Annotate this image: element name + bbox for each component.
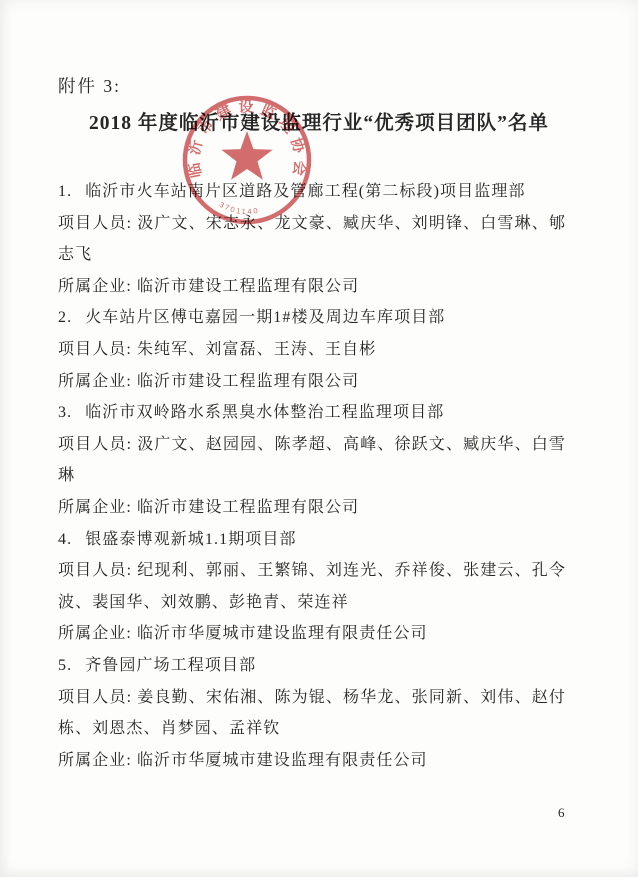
members-label: 项目人员: bbox=[58, 341, 132, 358]
members-line: 项目人员:汲广文、赵园园、陈孝超、高峰、徐跃文、臧庆华、白雪琳 bbox=[58, 429, 566, 492]
members-list: 纪现利、郭丽、王繁锦、刘连光、乔祥俊、张建云、孔令波、裴国华、刘效鹏、彭艳青、荣… bbox=[58, 562, 566, 611]
company-label: 所属企业: bbox=[58, 625, 132, 642]
members-line: 项目人员:朱纯军、刘富磊、王涛、王自彬 bbox=[58, 334, 566, 366]
company-name: 临沂市建设工程监理有限公司 bbox=[137, 499, 359, 516]
company-label: 所属企业: bbox=[58, 278, 132, 295]
members-line: 项目人员:汲广文、宋志永、龙文豪、臧庆华、刘明锋、白雪琳、郇志飞 bbox=[58, 208, 566, 271]
section-title: 临沂市双岭路水系黑臭水体整治工程监理项目部 bbox=[85, 404, 444, 421]
section-title: 齐鲁园广场工程项目部 bbox=[85, 657, 256, 674]
team-section: 1.临沂市火车站南片区道路及管廊工程(第二标段)项目监理部 项目人员:汲广文、宋… bbox=[58, 176, 566, 302]
section-title-line: 1.临沂市火车站南片区道路及管廊工程(第二标段)项目监理部 bbox=[58, 176, 566, 208]
company-name: 临沂市建设工程监理有限公司 bbox=[137, 278, 359, 295]
members-line: 项目人员:姜良勤、宋佑湘、陈为锟、杨华龙、张同新、刘伟、赵付栋、刘恩杰、肖梦园、… bbox=[58, 682, 566, 745]
members-label: 项目人员: bbox=[58, 562, 132, 579]
team-section: 2.火车站片区傅屯嘉园一期1#楼及周边车库项目部 项目人员:朱纯军、刘富磊、王涛… bbox=[58, 302, 566, 397]
section-title: 火车站片区傅屯嘉园一期1#楼及周边车库项目部 bbox=[85, 309, 445, 326]
company-line: 所属企业:临沂市建设工程监理有限公司 bbox=[58, 492, 566, 524]
company-line: 所属企业:临沂市建设工程监理有限公司 bbox=[58, 366, 566, 398]
section-title: 临沂市火车站南片区道路及管廊工程(第二标段)项目监理部 bbox=[85, 183, 525, 200]
company-line: 所属企业:临沂市华厦城市建设监理有限责任公司 bbox=[58, 745, 566, 777]
members-line: 项目人员:纪现利、郭丽、王繁锦、刘连光、乔祥俊、张建云、孔令波、裴国华、刘效鹏、… bbox=[58, 555, 566, 618]
company-label: 所属企业: bbox=[58, 499, 132, 516]
seal-star-icon bbox=[221, 131, 272, 180]
section-title-line: 2.火车站片区傅屯嘉园一期1#楼及周边车库项目部 bbox=[58, 302, 566, 334]
section-title-line: 3.临沂市双岭路水系黑臭水体整治工程监理项目部 bbox=[58, 397, 566, 429]
members-label: 项目人员: bbox=[58, 436, 132, 453]
attachment-label: 附件 3: bbox=[58, 73, 121, 98]
company-label: 所属企业: bbox=[58, 373, 132, 390]
company-line: 所属企业:临沂市建设工程监理有限公司 bbox=[58, 271, 566, 303]
team-section: 5.齐鲁园广场工程项目部 项目人员:姜良勤、宋佑湘、陈为锟、杨华龙、张同新、刘伟… bbox=[58, 650, 566, 776]
section-title: 银盛泰博观新城1.1期项目部 bbox=[85, 531, 296, 548]
company-name: 临沂市华厦城市建设监理有限责任公司 bbox=[137, 625, 428, 642]
section-number: 1. bbox=[58, 183, 72, 200]
members-list: 姜良勤、宋佑湘、陈为锟、杨华龙、张同新、刘伟、赵付栋、刘恩杰、肖梦园、孟祥钦 bbox=[58, 689, 566, 738]
members-list: 汲广文、赵园园、陈孝超、高峰、徐跃文、臧庆华、白雪琳 bbox=[58, 436, 566, 485]
page-title: 2018 年度临沂市建设监理行业“优秀项目团队”名单 bbox=[0, 107, 638, 135]
team-section: 4.银盛泰博观新城1.1期项目部 项目人员:纪现利、郭丽、王繁锦、刘连光、乔祥俊… bbox=[58, 524, 566, 650]
document-page: 附件 3: 2018 年度临沂市建设监理行业“优秀项目团队”名单 1.临沂市火车… bbox=[0, 0, 638, 877]
section-number: 4. bbox=[58, 531, 72, 548]
section-number: 5. bbox=[58, 657, 72, 674]
page-number: 6 bbox=[558, 805, 565, 821]
company-line: 所属企业:临沂市华厦城市建设监理有限责任公司 bbox=[58, 618, 566, 650]
team-section: 3.临沂市双岭路水系黑臭水体整治工程监理项目部 项目人员:汲广文、赵园园、陈孝超… bbox=[58, 397, 566, 523]
team-list: 1.临沂市火车站南片区道路及管廊工程(第二标段)项目监理部 项目人员:汲广文、宋… bbox=[58, 176, 566, 776]
section-number: 3. bbox=[58, 404, 72, 421]
members-list: 汲广文、宋志永、龙文豪、臧庆华、刘明锋、白雪琳、郇志飞 bbox=[58, 215, 566, 264]
section-title-line: 4.银盛泰博观新城1.1期项目部 bbox=[58, 524, 566, 556]
section-number: 2. bbox=[58, 309, 72, 326]
members-list: 朱纯军、刘富磊、王涛、王自彬 bbox=[137, 341, 376, 358]
company-name: 临沂市华厦城市建设监理有限责任公司 bbox=[137, 752, 428, 769]
members-label: 项目人员: bbox=[58, 215, 132, 232]
section-title-line: 5.齐鲁园广场工程项目部 bbox=[58, 650, 566, 682]
company-name: 临沂市建设工程监理有限公司 bbox=[137, 373, 359, 390]
members-label: 项目人员: bbox=[58, 689, 132, 706]
company-label: 所属企业: bbox=[58, 752, 132, 769]
